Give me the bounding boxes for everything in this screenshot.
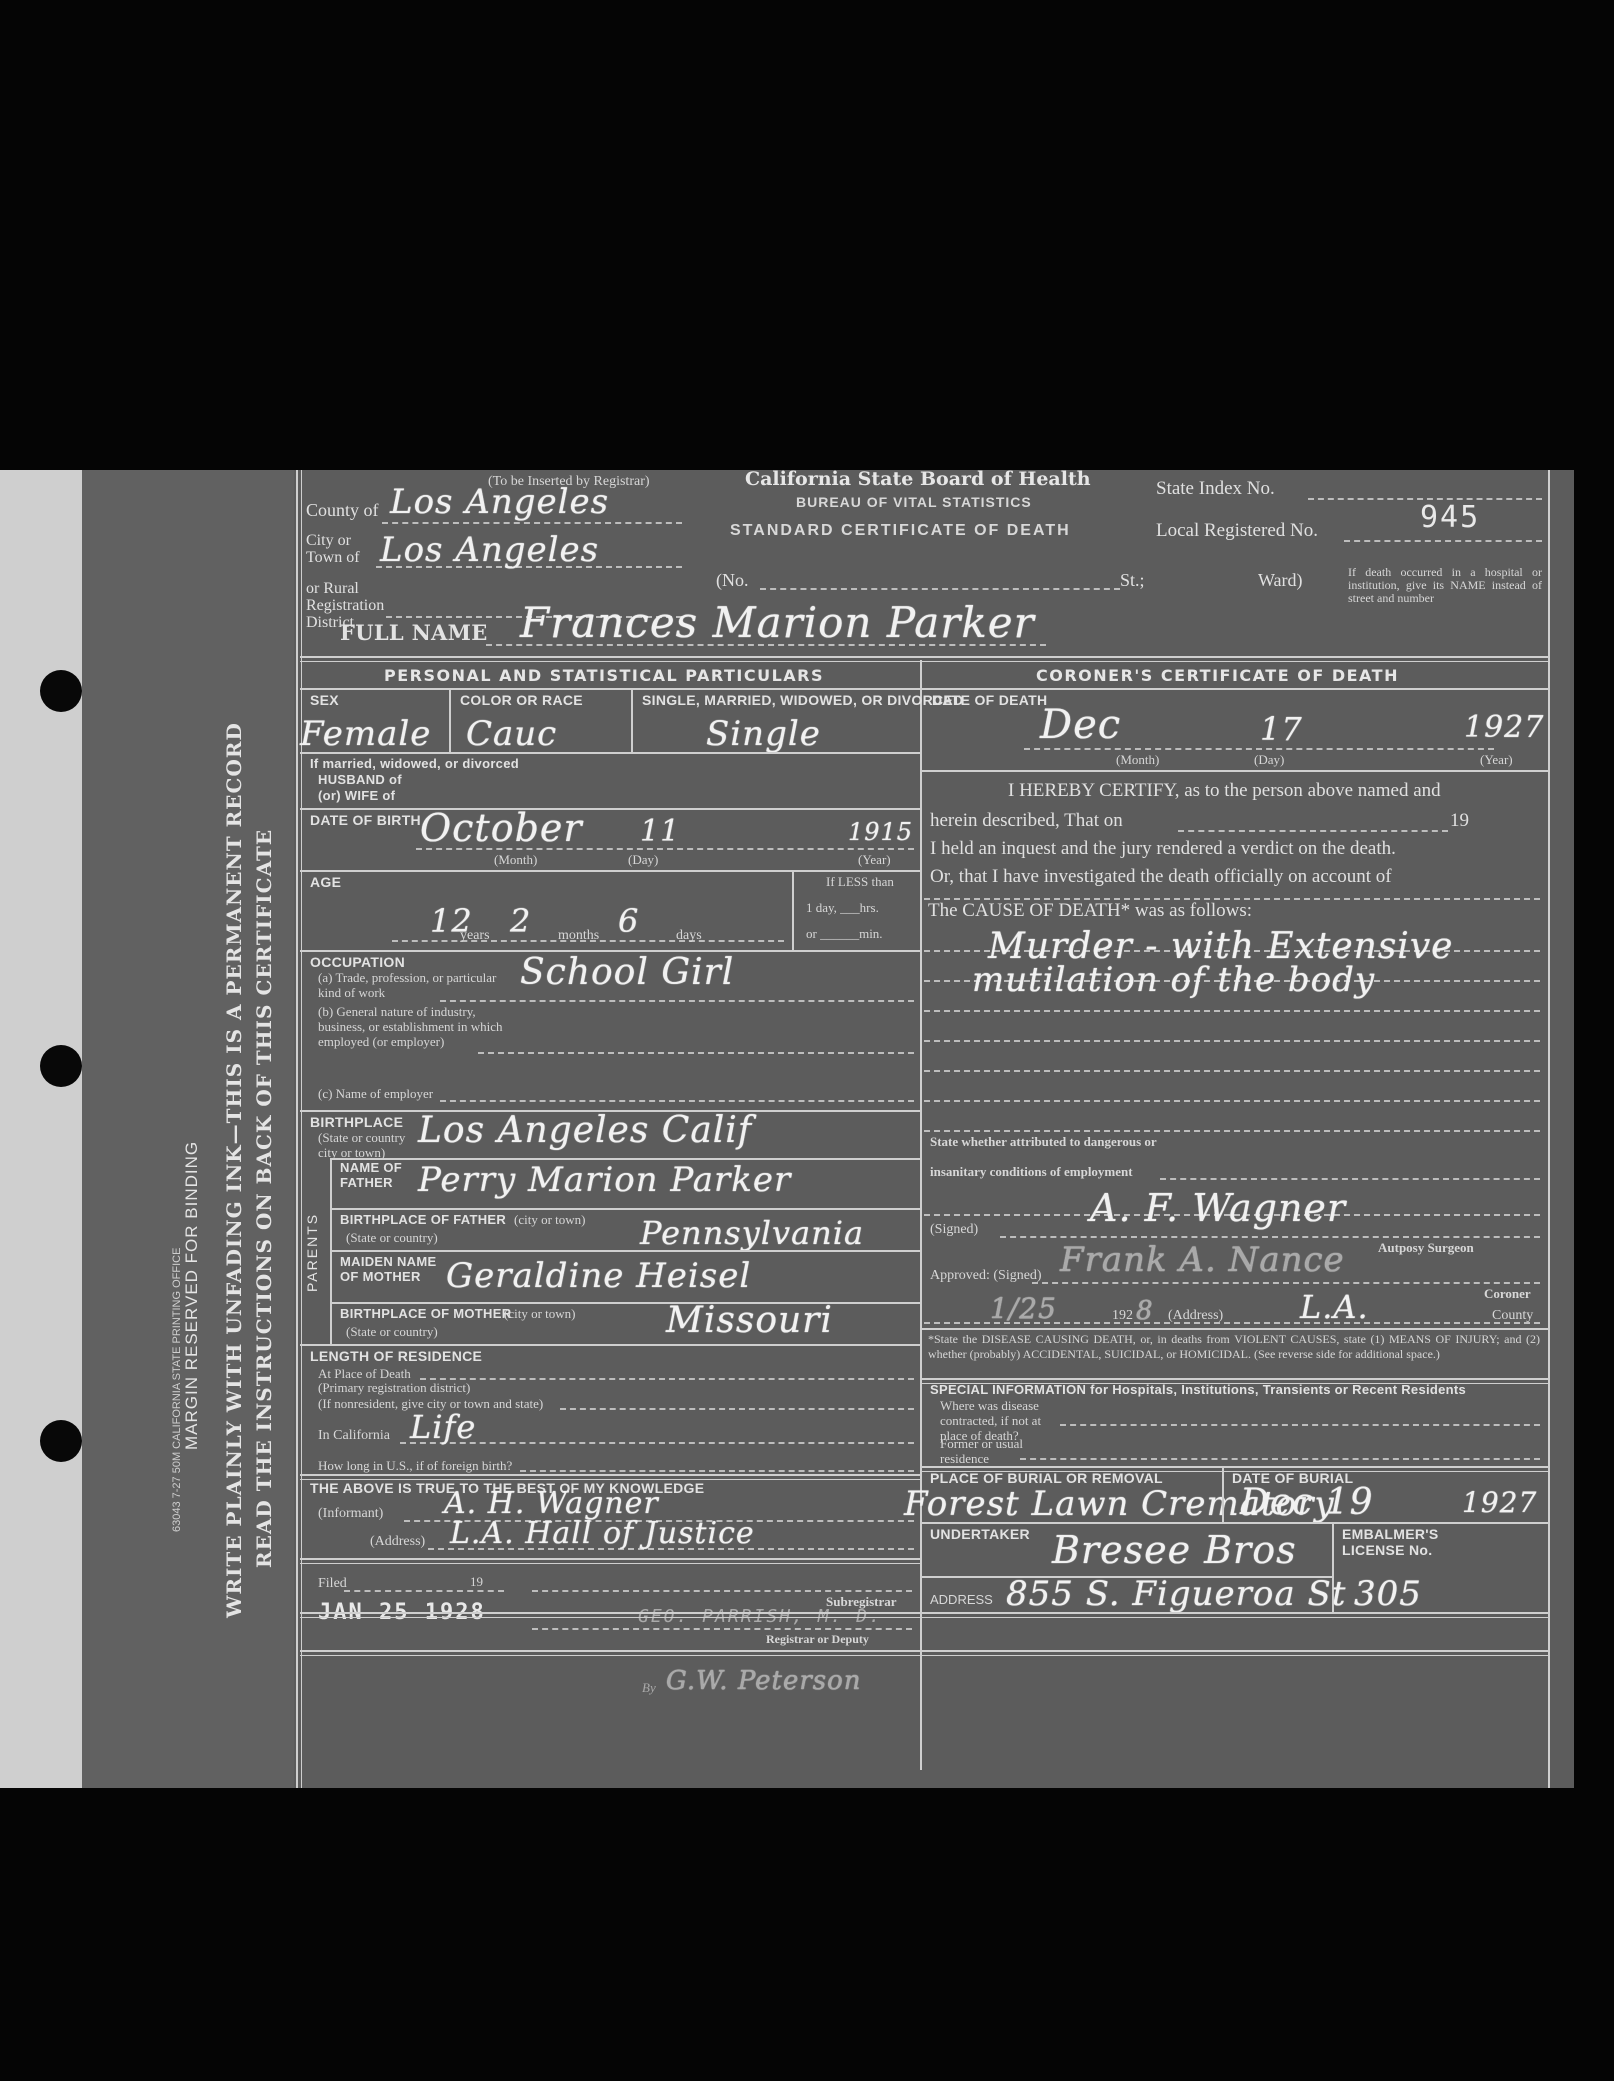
write-notice: WRITE PLAINLY WITH UNFADING INK—THIS IS …	[222, 722, 246, 1618]
marital-label: SINGLE, MARRIED, WIDOWED, OR DIVORCED	[642, 692, 963, 708]
state-country-hint: (State or country)	[346, 1324, 438, 1339]
form-right-border	[1548, 470, 1550, 1788]
personal-section-title: PERSONAL AND STATISTICAL PARTICULARS	[384, 666, 824, 685]
ruled-line	[1160, 1178, 1540, 1180]
ward-label: Ward)	[1258, 570, 1303, 591]
state-country-hint: (State or country)	[346, 1230, 438, 1245]
embalmer-license-value: 305	[1354, 1574, 1422, 1614]
divider	[449, 688, 451, 752]
father-birthplace-label: BIRTHPLACE OF FATHER	[340, 1212, 506, 1227]
special-info-label: SPECIAL INFORMATION for Hospitals, Insti…	[930, 1382, 1466, 1397]
residence-place-label: At Place of Death	[318, 1366, 411, 1381]
burial-year: 1927	[1462, 1486, 1537, 1519]
full-name-value: Frances Marion Parker	[520, 598, 1035, 647]
divider	[300, 752, 920, 754]
parents-label: PARENTS	[304, 1213, 320, 1292]
wife-label: (or) WIFE of	[318, 788, 395, 803]
special-q2-line	[1020, 1458, 1540, 1460]
divider	[920, 770, 1548, 772]
printer-line: 63043 7-27 50M CALIFORNIA STATE PRINTING…	[171, 1248, 183, 1532]
surgeon-signature: A. F. Wagner	[1090, 1186, 1346, 1230]
divider	[330, 1208, 920, 1210]
dod-year: 1927	[1464, 710, 1544, 745]
coroner-section-title: CORONER'S CERTIFICATE OF DEATH	[1036, 666, 1399, 685]
certify-date-line	[1178, 830, 1448, 832]
burial-date-value: Dec 19	[1240, 1482, 1374, 1523]
informant-label: (Informant)	[318, 1506, 383, 1521]
county-value: Los Angeles	[390, 482, 609, 522]
father-value: Perry Marion Parker	[418, 1160, 791, 1200]
autopsy-surgeon-label: Autposy Surgeon	[1378, 1240, 1474, 1255]
month-caption: (Month)	[1116, 752, 1159, 767]
hospital-note: If death occurred in a hospital or insti…	[1348, 566, 1542, 605]
binding-notice: MARGIN RESERVED FOR BINDING	[182, 1141, 202, 1450]
dob-month: October	[420, 806, 583, 850]
street-label: St.;	[1120, 570, 1145, 591]
age-label: AGE	[310, 874, 341, 890]
father-label: NAME OF FATHER	[340, 1160, 430, 1190]
divider	[300, 688, 1548, 690]
residence-nonresident-line	[560, 1408, 914, 1410]
residence-california-label: In California	[318, 1428, 390, 1443]
husband-label: HUSBAND of	[318, 772, 402, 787]
city-value: Los Angeles	[380, 530, 599, 570]
certify-line-4: Or, that I have investigated the death o…	[930, 866, 1392, 888]
street-no-label: (No.	[716, 570, 749, 591]
marital-value: Single	[706, 714, 821, 754]
ruled-line	[924, 1130, 1540, 1132]
sex-label: SEX	[310, 692, 339, 708]
divider	[300, 1344, 920, 1346]
county-word: County	[1492, 1308, 1533, 1323]
sign-date: 1/25	[990, 1292, 1057, 1325]
dod-month: Dec	[1040, 702, 1121, 748]
sign-year-suffix: 8	[1136, 1296, 1154, 1326]
age-months: 2	[510, 902, 531, 940]
ruled-line	[924, 1010, 1540, 1012]
divider	[300, 1558, 920, 1564]
ruled-line	[924, 1100, 1540, 1102]
year-caption: (Year)	[1480, 752, 1513, 767]
certify-year-prefix: 19	[1450, 810, 1469, 832]
undertaker-value: Bresee Bros	[1052, 1528, 1297, 1572]
cause-footnote: *State the DISEASE CAUSING DEATH, or, in…	[928, 1332, 1540, 1362]
coroner-label: Coroner	[1484, 1286, 1531, 1301]
dod-line	[1024, 748, 1494, 750]
informant-address-value: L.A. Hall of Justice	[450, 1516, 755, 1551]
mother-value: Geraldine Heisel	[446, 1256, 751, 1296]
divider	[792, 870, 794, 950]
ruled-line	[924, 1040, 1540, 1042]
certify-line-1: I HEREBY CERTIFY, as to the person above…	[1008, 780, 1441, 802]
race-label: COLOR OR RACE	[460, 692, 583, 708]
signature-line	[1000, 1236, 1540, 1238]
days-word: days	[676, 928, 702, 943]
punch-hole	[40, 670, 82, 712]
registrar-line	[532, 1628, 912, 1630]
residence-place-line	[420, 1378, 914, 1380]
divider	[1222, 1466, 1224, 1522]
birthplace-label: BIRTHPLACE	[310, 1114, 403, 1130]
county-line	[382, 522, 682, 524]
approved-line	[1032, 1282, 1540, 1284]
coroner-address-label: (Address)	[1168, 1308, 1223, 1323]
age-days: 6	[618, 902, 639, 940]
dob-day: 11	[640, 814, 680, 849]
coroner-address-value: L.A.	[1300, 1288, 1369, 1326]
dob-year: 1915	[848, 818, 913, 846]
sex-value: Female	[300, 714, 431, 754]
less-than-minutes: or ______min.	[806, 926, 883, 941]
sign-year-prefix: 192	[1112, 1308, 1133, 1323]
punch-hole	[40, 1420, 82, 1462]
divider	[631, 688, 633, 752]
residence-primary-label: (Primary registration district)	[318, 1380, 470, 1395]
occupation-line	[440, 1000, 914, 1002]
filed-year-prefix: 19	[470, 1574, 483, 1589]
mother-label: MAIDEN NAME OF MOTHER	[340, 1254, 440, 1284]
cause-line-2: mutilation of the body	[972, 960, 1375, 1000]
deputy-signature: G.W. Peterson	[666, 1666, 862, 1696]
residence-us-line	[520, 1470, 914, 1472]
filed-line	[344, 1590, 504, 1592]
mother-birthplace-hint: (city or town)	[504, 1306, 575, 1321]
mother-birthplace-label: BIRTHPLACE OF MOTHER	[340, 1306, 511, 1321]
birthplace-hint: (State or country city or town)	[318, 1130, 428, 1160]
local-reg-line	[1344, 540, 1542, 542]
birthplace-value: Los Angeles Calif	[418, 1110, 752, 1151]
less-than-hours: 1 day, ___hrs.	[806, 900, 879, 915]
dod-label: DATE OF DEATH	[932, 692, 1047, 708]
special-q2: Former or usual residence	[940, 1436, 1040, 1466]
board-title: California State Board of Health	[745, 468, 1091, 490]
undertaker-address-value: 855 S. Figueroa St	[1006, 1574, 1346, 1614]
full-name-label: FULL NAME	[340, 620, 488, 645]
day-caption: (Day)	[1254, 752, 1284, 767]
residence-california-line	[400, 1442, 914, 1444]
year-caption: (Year)	[858, 852, 891, 867]
occupation-label: OCCUPATION	[310, 954, 405, 970]
death-certificate: MARGIN RESERVED FOR BINDING WRITE PLAINL…	[0, 470, 1574, 1788]
occupation-b-label: (b) General nature of industry, business…	[318, 1004, 518, 1049]
informant-address-label: (Address)	[370, 1534, 425, 1549]
month-caption: (Month)	[494, 852, 537, 867]
occupation-c-label: (c) Name of employer	[318, 1086, 433, 1101]
divider	[920, 1328, 1548, 1330]
divider	[300, 1650, 1548, 1656]
embalmer-label: EMBALMER'S LICENSE No.	[1342, 1526, 1462, 1558]
subregistrar-line	[532, 1590, 912, 1592]
undertaker-label: UNDERTAKER	[930, 1526, 1030, 1542]
read-notice: READ THE INSTRUCTIONS ON BACK OF THIS CE…	[252, 829, 276, 1568]
employer-line	[440, 1100, 914, 1102]
father-birthplace-hint: (city or town)	[514, 1212, 585, 1227]
column-divider	[920, 660, 922, 1770]
occupation-b-line	[478, 1052, 914, 1054]
race-value: Cauc	[466, 714, 557, 754]
bureau-title: BUREAU OF VITAL STATISTICS	[796, 494, 1032, 510]
divider	[300, 808, 920, 810]
divider	[300, 656, 1548, 662]
divider	[330, 1250, 920, 1252]
binding-edge	[0, 470, 82, 1788]
certify-line-2: herein described, That on	[930, 810, 1123, 832]
residence-us-label: How long in U.S., if of foreign birth?	[318, 1458, 512, 1473]
certify-line-3: I held an inquest and the jury rendered …	[930, 838, 1396, 860]
less-than-label: If LESS than	[826, 874, 894, 889]
dangerous-label-1: State whether attributed to dangerous or	[930, 1134, 1157, 1149]
filed-label: Filed	[318, 1576, 347, 1591]
coroner-signature: Frank A. Nance	[1060, 1240, 1345, 1280]
special-q1-line	[1060, 1424, 1540, 1426]
day-caption: (Day)	[628, 852, 658, 867]
by-label: By	[642, 1680, 656, 1695]
ruled-line	[924, 1070, 1540, 1072]
street-line	[760, 588, 1120, 590]
divider	[300, 1612, 1548, 1618]
dob-label: DATE OF BIRTH	[310, 812, 421, 828]
years-word: years	[460, 928, 490, 943]
state-index-label: State Index No.	[1156, 478, 1275, 500]
divider	[300, 870, 920, 872]
residence-label: LENGTH OF RESIDENCE	[310, 1348, 482, 1364]
registrar-label: Registrar or Deputy	[766, 1632, 869, 1647]
occupation-value: School Girl	[520, 952, 734, 993]
city-label: City or Town of	[306, 532, 366, 566]
form-title: STANDARD CERTIFICATE OF DEATH	[730, 522, 1071, 540]
form-left-border	[296, 470, 302, 1788]
divider	[920, 1522, 1548, 1524]
dangerous-label-2: insanitary conditions of employment	[930, 1164, 1133, 1179]
undertaker-address-label: ADDRESS	[930, 1592, 993, 1607]
punch-hole	[40, 1045, 82, 1087]
months-word: months	[558, 928, 599, 943]
spouse-label: If married, widowed, or divorced	[310, 756, 519, 771]
signed-label: (Signed)	[930, 1222, 978, 1237]
approved-label: Approved: (Signed)	[930, 1268, 1042, 1283]
cause-label: The CAUSE OF DEATH* was as follows:	[928, 900, 1252, 922]
father-birthplace-value: Pennsylvania	[640, 1214, 864, 1252]
dod-day: 17	[1260, 710, 1303, 748]
county-label: County of	[306, 500, 379, 521]
residence-california-value: Life	[410, 1408, 476, 1446]
mother-birthplace-value: Missouri	[666, 1300, 833, 1341]
occupation-a-label: (a) Trade, profession, or particular kin…	[318, 970, 498, 1000]
local-reg-value: 945	[1420, 500, 1480, 535]
local-reg-label: Local Registered No.	[1156, 520, 1318, 542]
